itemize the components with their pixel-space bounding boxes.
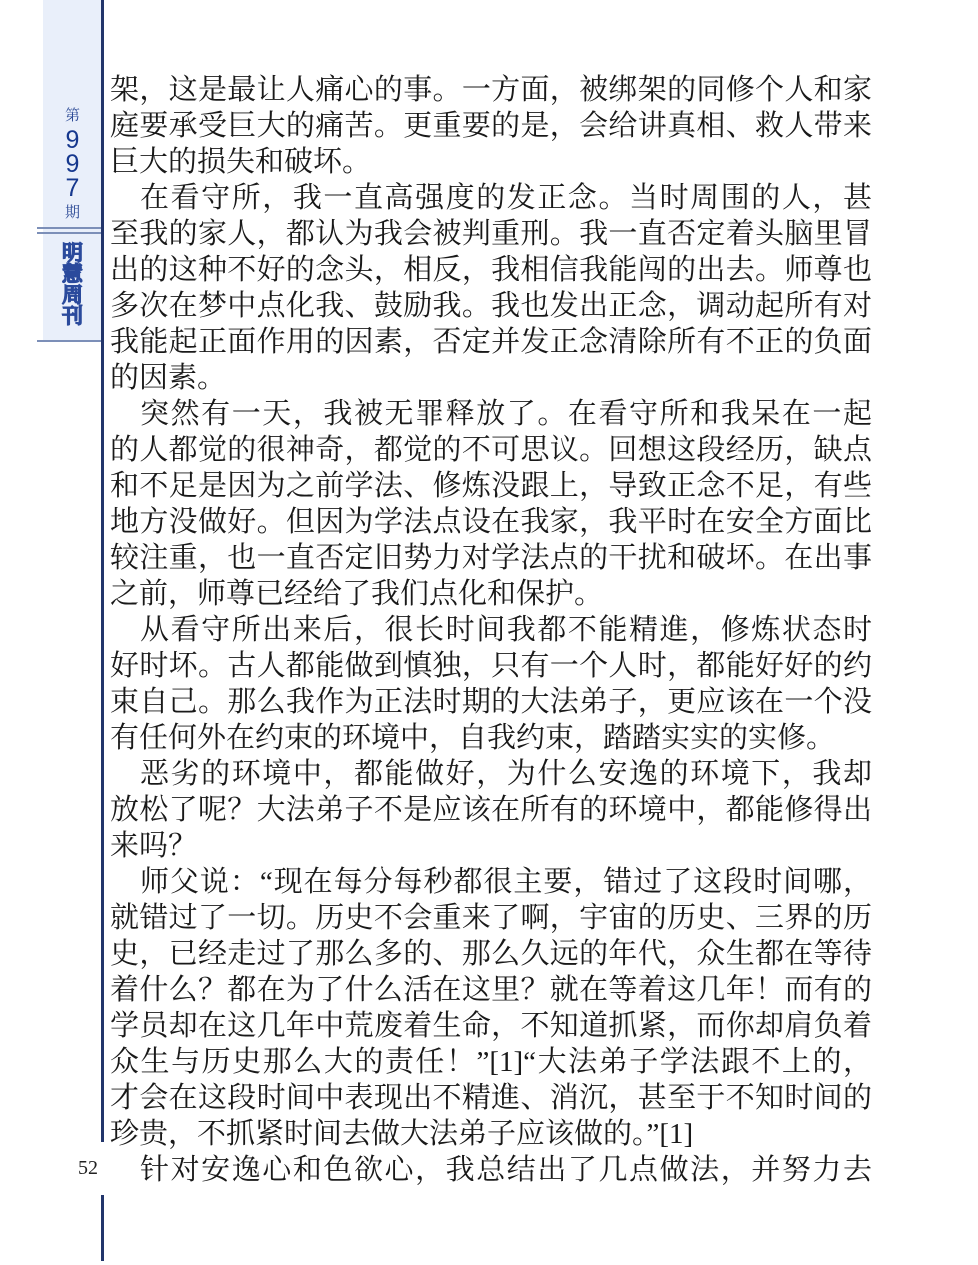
issue-suffix: 期 xyxy=(43,201,102,222)
text-line: 才会在这段时间中表现出不精進、消沉，甚至于不知时间的 xyxy=(110,1080,872,1116)
text-line: 放松了呢？大法弟子不是应该在所有的环境中，都能修得出 xyxy=(110,792,872,828)
text-line: 从看守所出来后，很长时间我都不能精進，修炼状态时 xyxy=(110,612,872,648)
sidebar-double-divider xyxy=(37,227,102,234)
text-line: 的因素。 xyxy=(110,360,872,396)
text-line: 突然有一天，我被无罪释放了。在看守所和我呆在一起 xyxy=(110,396,872,432)
magazine-page: 第 9 9 7 期 明 慧 周 刊 52 架，这是最让人痛心的事。一方面，被绑架… xyxy=(0,0,978,1265)
issue-digit: 9 xyxy=(43,128,102,152)
text-line: 和不足是因为之前学法、修炼没跟上，导致正念不足，有些 xyxy=(110,468,872,504)
weekly-title-char: 刊 xyxy=(43,306,102,327)
text-line: 史，已经走过了那么多的、那么久远的年代，众生都在等待 xyxy=(110,936,872,972)
text-line: 有任何外在约束的环境中，自我约束，踏踏实实的实修。 xyxy=(110,720,872,756)
text-line: 来吗？ xyxy=(110,828,872,864)
text-line: 之前，师尊已经给了我们点化和保护。 xyxy=(110,576,872,612)
page-number: 52 xyxy=(55,1156,98,1180)
text-line: 着什么？都在为了什么活在这里？就在等着这几年！而有的 xyxy=(110,972,872,1008)
text-line: 众生与历史那么大的责任！”[1]“大法弟子学法跟不上的， xyxy=(110,1044,872,1080)
text-line: 的人都觉的很神奇，都觉的不可思议。回想这段经历，缺点 xyxy=(110,432,872,468)
article-body: 架，这是最让人痛心的事。一方面，被绑架的同修个人和家 庭要承受巨大的痛苦。更重要… xyxy=(110,72,872,1188)
text-line: 较注重，也一直否定旧势力对学法点的干扰和破坏。在出事 xyxy=(110,540,872,576)
weekly-title: 明 慧 周 刊 xyxy=(43,243,102,327)
issue-digit: 9 xyxy=(43,152,102,176)
text-line: 出的这种不好的念头，相反，我相信我能闯的出去。师尊也 xyxy=(110,252,872,288)
issue-sidebar: 第 9 9 7 期 明 慧 周 刊 xyxy=(43,0,102,342)
text-line: 好时坏。古人都能做到慎独，只有一个人时，都能好好的约 xyxy=(110,648,872,684)
text-line: 巨大的损失和破坏。 xyxy=(110,144,872,180)
column-rule-upper xyxy=(101,0,104,1142)
text-line: 针对安逸心和色欲心，我总结出了几点做法，并努力去 xyxy=(110,1152,872,1188)
weekly-title-char: 周 xyxy=(43,285,102,306)
text-line: 我能起正面作用的因素，否定并发正念清除所有不正的负面 xyxy=(110,324,872,360)
text-line: 至我的家人，都认为我会被判重刑。我一直否定着头脑里冒 xyxy=(110,216,872,252)
text-line: 就错过了一切。历史不会重来了啊，宇宙的历史、三界的历 xyxy=(110,900,872,936)
sidebar-bottom-divider xyxy=(37,340,102,342)
issue-digit: 7 xyxy=(43,176,102,200)
text-line: 地方没做好。但因为学法点设在我家，我平时在安全方面比 xyxy=(110,504,872,540)
text-line: 架，这是最让人痛心的事。一方面，被绑架的同修个人和家 xyxy=(110,72,872,108)
issue-prefix: 第 xyxy=(43,104,102,125)
issue-number: 9 9 7 xyxy=(43,128,102,200)
weekly-title-char: 慧 xyxy=(43,264,102,285)
column-rule-lower xyxy=(101,1195,104,1261)
text-line: 庭要承受巨大的痛苦。更重要的是，会给讲真相、救人带来 xyxy=(110,108,872,144)
text-line: 恶劣的环境中，都能做好，为什么安逸的环境下，我却 xyxy=(110,756,872,792)
text-line: 多次在梦中点化我、鼓励我。我也发出正念，调动起所有对 xyxy=(110,288,872,324)
text-line: 束自己。那么我作为正法时期的大法弟子，更应该在一个没 xyxy=(110,684,872,720)
text-line: 在看守所，我一直高强度的发正念。当时周围的人，甚 xyxy=(110,180,872,216)
text-line: 学员却在这几年中荒废着生命，不知道抓紧，而你却肩负着 xyxy=(110,1008,872,1044)
weekly-title-char: 明 xyxy=(43,243,102,264)
text-line: 师父说：“现在每分每秒都很主要，错过了这段时间哪， xyxy=(110,864,872,900)
text-line: 珍贵，不抓紧时间去做大法弟子应该做的。”[1] xyxy=(110,1116,872,1152)
